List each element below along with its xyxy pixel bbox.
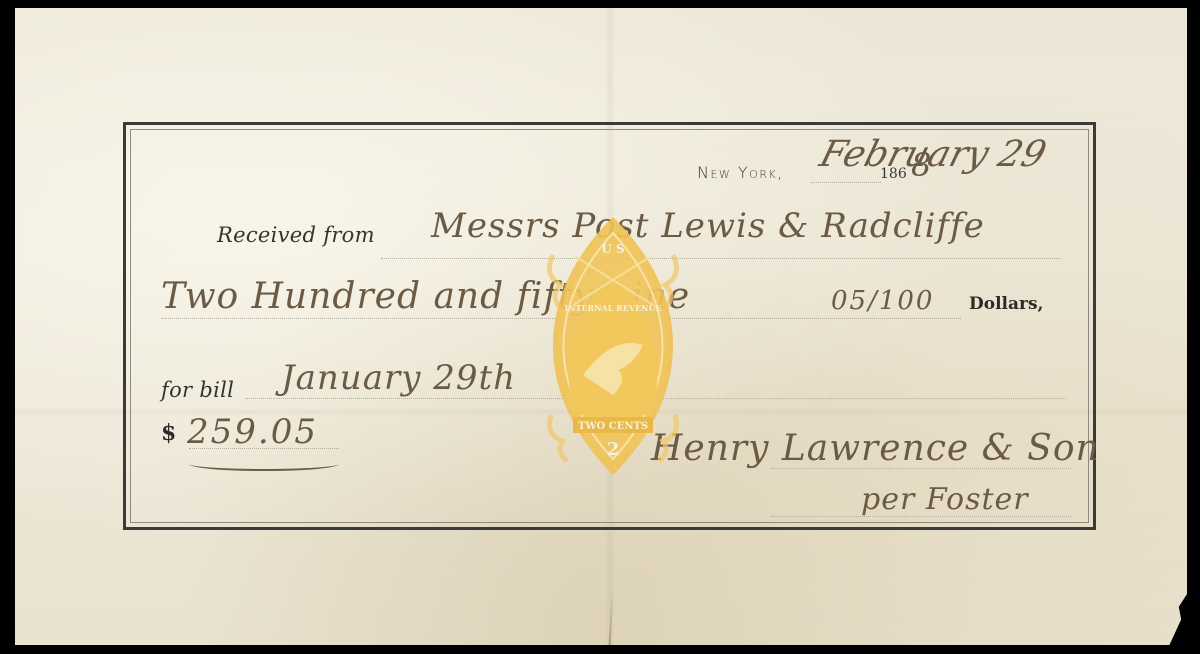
payer-line [381,258,1061,259]
stamp-denomination-text: TWO CENTS [578,421,648,432]
handwritten-amount-numeric: 259.05 [187,412,318,452]
printed-received-from-label: Received from [217,223,375,247]
handwritten-signature-per: per Foster [861,482,1029,517]
handwritten-payer: Messrs Post Lewis & Radcliffe [431,206,985,246]
svg-text:INTERNAL REVENUE: INTERNAL REVENUE [564,303,661,313]
receipt-inner-border: New York, 186 February 29 8 Received fro… [130,129,1089,523]
printed-dollar-sign: $ [161,420,176,446]
svg-text:U S: U S [601,242,624,256]
handwritten-bill-reference: January 29th [281,358,516,398]
handwritten-date: February 29 [816,134,1051,175]
revenue-stamp: U S INTERNAL REVENUE TWO CENTS 2 [543,215,683,477]
receipt-paper: New York, 186 February 29 8 Received fro… [15,8,1187,645]
receipt-border: New York, 186 February 29 8 Received fro… [123,122,1096,530]
handwritten-cents: 05/100 [831,286,934,316]
printed-for-bill-label: for bill [161,378,234,402]
stamp-denomination-numeral: 2 [607,439,620,460]
amount-flourish [189,457,339,471]
handwritten-year-digit: 8 [911,146,931,184]
printed-dollars-label: Dollars, [969,294,1043,314]
revenue-stamp-icon: U S INTERNAL REVENUE TWO CENTS 2 [543,215,683,477]
printed-city: New York, [697,163,784,182]
handwritten-signature: Henry Lawrence & Son [651,428,1100,469]
date-line [811,182,881,183]
